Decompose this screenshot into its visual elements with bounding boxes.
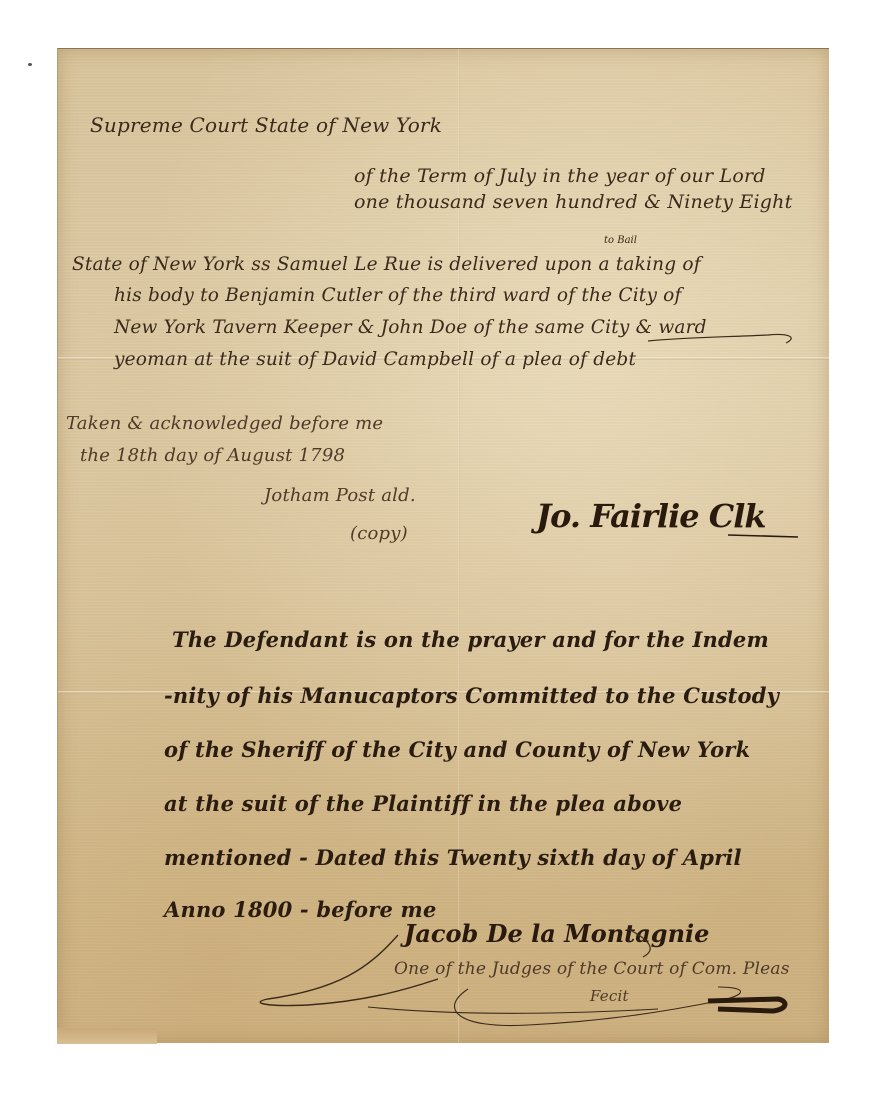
body-line-1: State of New York ss Samuel Le Rue is de…	[72, 254, 701, 275]
line-flourish	[648, 319, 808, 349]
court-heading: Supreme Court State of New York	[90, 113, 442, 137]
committal-line-5: mentioned - Dated this Twenty sixth day …	[164, 845, 742, 870]
signature-flourish	[248, 929, 808, 1039]
clerk-flourish	[728, 525, 808, 545]
alderman-signature: Jotham Post ald.	[264, 485, 416, 506]
acknowledgment-line-1: Taken & acknowledged before me	[66, 413, 383, 434]
body-line-2: his body to Benjamin Cutler of the third…	[114, 285, 682, 306]
committal-line-6: Anno 1800 - before me	[164, 897, 437, 922]
term-line-1: of the Term of July in the year of our L…	[354, 165, 766, 187]
copy-note: (copy)	[350, 523, 408, 544]
body-line-4: yeoman at the suit of David Campbell of …	[114, 349, 636, 370]
body-line-3: New York Tavern Keeper & John Doe of the…	[114, 317, 707, 338]
document-page: Supreme Court State of New York of the T…	[57, 48, 829, 1043]
interlinear-insert: to Bail	[604, 235, 637, 246]
dust-speck	[28, 63, 32, 66]
acknowledgment-line-2: the 18th day of August 1798	[80, 445, 345, 466]
term-line-2: one thousand seven hundred & Ninety Eigh…	[354, 191, 792, 213]
committal-line-1: The Defendant is on the prayer and for t…	[172, 627, 769, 652]
torn-corner	[57, 1028, 157, 1044]
committal-line-4: at the suit of the Plaintiff in the plea…	[164, 791, 682, 816]
committal-line-3: of the Sheriff of the City and County of…	[164, 737, 750, 762]
committal-line-2: -nity of his Manucaptors Committed to th…	[164, 683, 779, 708]
